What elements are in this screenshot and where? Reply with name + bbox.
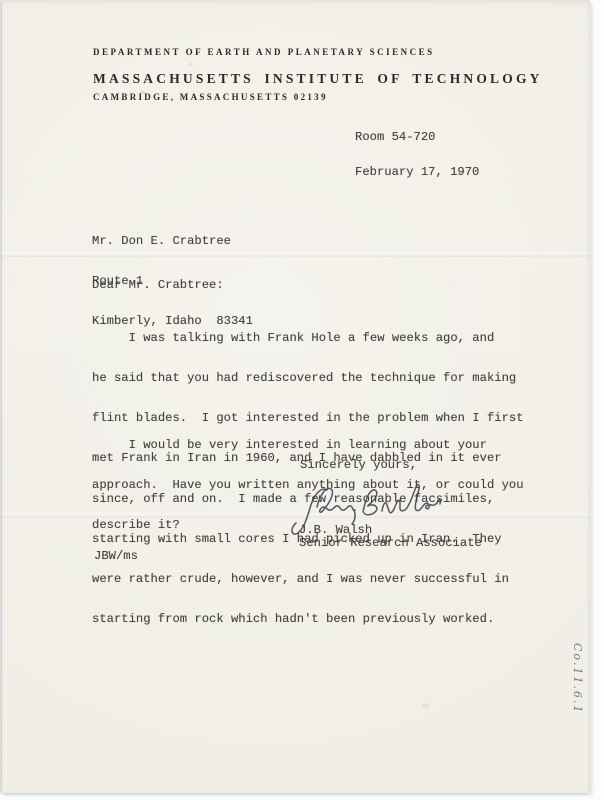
body-line: he said that you had rediscovered the te… bbox=[92, 372, 524, 385]
letterhead-address: CAMBRIDGE, MASSACHUSETTS 02139 bbox=[93, 92, 328, 102]
scan-background: DEPARTMENT OF EARTH AND PLANETARY SCIENC… bbox=[0, 0, 604, 800]
paper-blemish bbox=[189, 63, 193, 66]
letterhead-institution: MASSACHUSETTS INSTITUTE OF TECHNOLOGY bbox=[93, 71, 543, 87]
letterhead-department: DEPARTMENT OF EARTH AND PLANETARY SCIENC… bbox=[93, 47, 435, 57]
typed-signer-title: Senior Research Associate bbox=[299, 537, 482, 550]
body-line: I was talking with Frank Hole a few week… bbox=[92, 332, 524, 345]
reference-initials: JBW/ms bbox=[94, 550, 138, 563]
recipient-name: Mr. Don E. Crabtree bbox=[92, 235, 253, 248]
body-line: were rather crude, however, and I was ne… bbox=[92, 573, 524, 586]
valediction: Sincerely yours, bbox=[300, 459, 417, 472]
salutation: Dear Mr. Crabtree: bbox=[92, 279, 224, 292]
room-number: Room 54-720 bbox=[355, 131, 435, 144]
catalog-number-annotation: Co.11.6.1 bbox=[571, 643, 584, 714]
body-line: starting from rock which hadn't been pre… bbox=[92, 613, 524, 626]
body-line: I would be very interested in learning a… bbox=[92, 439, 524, 452]
paper-blemish bbox=[422, 703, 429, 709]
letter-date: February 17, 1970 bbox=[355, 166, 479, 179]
fold-crease-top bbox=[2, 252, 590, 257]
letter-page: DEPARTMENT OF EARTH AND PLANETARY SCIENC… bbox=[2, 0, 590, 793]
